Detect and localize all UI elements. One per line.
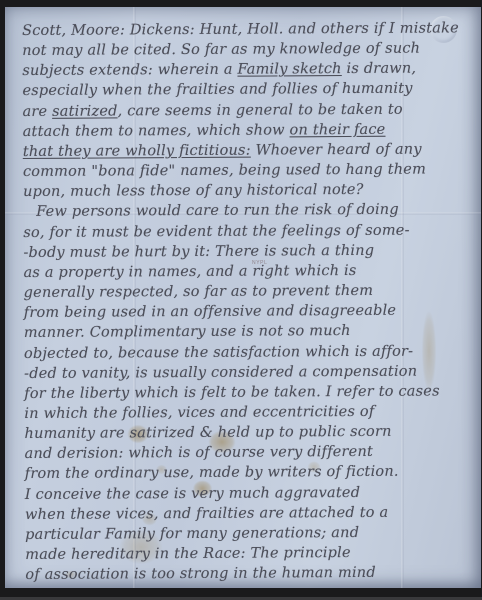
underlined-phrase: that they are wholly fictitious: xyxy=(23,143,251,160)
manuscript-line: that they are wholly fictitious: Whoever… xyxy=(23,139,481,162)
text-segment: generally respected, so far as to preven… xyxy=(24,283,374,301)
text-segment: Scott, Moore: Dickens: Hunt, Holl. and o… xyxy=(22,20,459,39)
text-segment: common "bona fide" names, being used to … xyxy=(23,162,426,180)
text-segment: manner. Complimentary use is not so much xyxy=(24,323,351,341)
manuscript-line: are satirized, care seems in general to … xyxy=(22,99,481,122)
text-segment: not may all be cited. So far as my knowl… xyxy=(22,41,420,59)
text-segment: objected to, because the satisfaction wh… xyxy=(24,343,413,361)
text-segment: I conceive the case is very much aggrava… xyxy=(25,485,360,503)
manuscript-line: humanity are satirized & held up to publ… xyxy=(24,421,481,444)
manuscript-line: manner. Complimentary use is not so much xyxy=(24,321,481,344)
text-segment: from the ordinary use, made by writers o… xyxy=(25,464,399,482)
manuscript-line: from the ordinary use, made by writers o… xyxy=(25,462,481,485)
text-segment: upon, much less those of any historical … xyxy=(23,182,364,200)
manuscript-line: I conceive the case is very much aggrava… xyxy=(25,482,481,505)
manuscript-line: not may all be cited. So far as my knowl… xyxy=(22,38,481,61)
manuscript-line: of association is too strong in the huma… xyxy=(25,562,481,585)
text-segment: Whoever heard of any xyxy=(251,141,422,158)
text-segment: humanity are satirized & held up to publ… xyxy=(24,424,391,442)
text-segment: for the liberty which is felt to be take… xyxy=(24,383,440,402)
scanned-document-view: { "document": { "kind": "Handwritten man… xyxy=(0,0,482,600)
text-segment: -body must be hurt by it: There is such … xyxy=(23,243,374,261)
manuscript-line: for the liberty which is felt to be take… xyxy=(24,381,481,404)
text-segment: , care seems in general to be taken to xyxy=(118,101,403,119)
manuscript-page: Scott, Moore: Dickens: Hunt, Holl. and o… xyxy=(5,7,481,588)
text-segment: particular Family for many generations; … xyxy=(25,525,359,543)
underlined-phrase: on their face xyxy=(289,122,385,139)
manuscript-line: Few persons would care to run the risk o… xyxy=(23,200,481,223)
text-segment: are xyxy=(23,103,53,119)
manuscript-line: particular Family for many generations; … xyxy=(25,522,481,545)
text-segment: when these vices, and frailties are atta… xyxy=(25,505,388,523)
manuscript-line: when these vices, and frailties are atta… xyxy=(25,502,481,525)
text-segment: -ded to vanity, is usually considered a … xyxy=(24,363,417,381)
text-segment: attach them to names, which show xyxy=(23,122,290,140)
manuscript-line: so, for it must be evident that the feel… xyxy=(23,220,481,243)
text-segment: Few persons would care to run the risk o… xyxy=(36,202,399,220)
text-segment: in which the follies, vices and eccentri… xyxy=(24,404,374,422)
manuscript-text: Scott, Moore: Dickens: Hunt, Holl. and o… xyxy=(22,18,481,585)
text-segment: subjects extends: wherein a xyxy=(22,62,237,79)
manuscript-line: generally respected, so far as to preven… xyxy=(24,280,481,303)
text-segment: made hereditary in the Race: The princip… xyxy=(25,545,351,563)
manuscript-line: and derision: which is of course very di… xyxy=(25,441,481,464)
text-segment: is drawn, xyxy=(342,61,417,77)
text-segment: from being used in an offensive and disa… xyxy=(24,303,396,321)
manuscript-line: upon, much less those of any historical … xyxy=(23,179,481,202)
text-segment: of association is too strong in the huma… xyxy=(25,565,376,583)
nypl-stamp: NYPL xyxy=(252,260,267,266)
text-segment: so, for it must be evident that the feel… xyxy=(23,222,409,240)
underlined-phrase: Family sketch xyxy=(237,61,341,78)
manuscript-line: made hereditary in the Race: The princip… xyxy=(25,542,481,565)
manuscript-line: attach them to names, which show on thei… xyxy=(23,119,481,142)
manuscript-line: Scott, Moore: Dickens: Hunt, Holl. and o… xyxy=(22,18,481,41)
manuscript-line: especially when the frailties and follie… xyxy=(22,79,481,102)
text-segment: and derision: which is of course very di… xyxy=(25,444,373,462)
text-segment: as a property in names, and a right whic… xyxy=(23,263,356,281)
text-segment: especially when the frailties and follie… xyxy=(22,81,412,99)
manuscript-line: -ded to vanity, is usually considered a … xyxy=(24,361,481,384)
manuscript-line: objected to, because the satisfaction wh… xyxy=(24,341,481,364)
underlined-phrase: satirized xyxy=(52,103,118,119)
manuscript-line: subjects extends: wherein a Family sketc… xyxy=(22,59,481,82)
manuscript-line: from being used in an offensive and disa… xyxy=(24,300,481,323)
manuscript-line: in which the follies, vices and eccentri… xyxy=(24,401,481,424)
manuscript-line: common "bona fide" names, being used to … xyxy=(23,159,481,182)
